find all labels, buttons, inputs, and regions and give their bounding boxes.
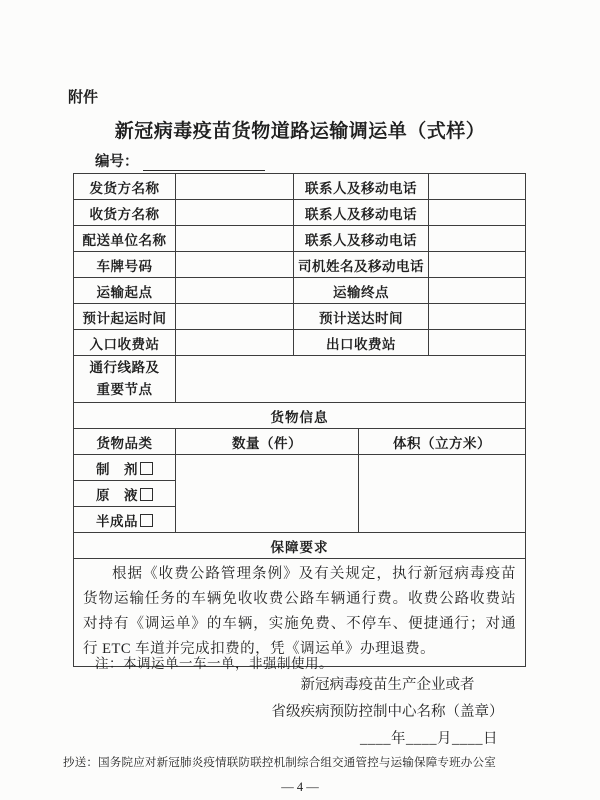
- signature-org-line2: 省级疾病预防控制中心名称（盖章）: [245, 699, 530, 726]
- table-row: 制 剂: [74, 455, 526, 481]
- table-row: 配送单位名称 联系人及移动电话: [74, 226, 526, 252]
- serial-number-input[interactable]: [143, 155, 265, 171]
- departure-time-label: 预计起运时间: [74, 304, 176, 330]
- dispatch-form-table: 发货方名称 联系人及移动电话 收货方名称 联系人及移动电话 配送单位名称 联系人…: [73, 173, 526, 667]
- table-row: 保障要求: [74, 533, 526, 559]
- table-row: 运输起点 运输终点: [74, 278, 526, 304]
- table-row: 根据《收费公路管理条例》及有关规定，执行新冠病毒疫苗货物运输任务的车辆免收收费公…: [74, 559, 526, 667]
- consignee-contact-label: 联系人及移动电话: [294, 200, 429, 226]
- consignee-contact-field[interactable]: [429, 200, 526, 226]
- arrival-time-field[interactable]: [429, 304, 526, 330]
- entry-toll-station-label: 入口收费站: [74, 330, 176, 356]
- volume-column-header: 体积（立方米）: [359, 429, 526, 455]
- quantity-field[interactable]: [176, 455, 359, 533]
- preparation-checkbox-icon[interactable]: [140, 462, 153, 475]
- transport-destination-label: 运输终点: [294, 278, 429, 304]
- shipper-name-field[interactable]: [176, 174, 294, 200]
- delivery-unit-name-label: 配送单位名称: [74, 226, 176, 252]
- serial-number-row: 编号：: [95, 150, 265, 171]
- transport-origin-field[interactable]: [176, 278, 294, 304]
- table-row: 货物信息: [74, 403, 526, 429]
- page-title: 新冠病毒疫苗货物道路运输调运单（式样）: [0, 116, 600, 143]
- plate-number-field[interactable]: [176, 252, 294, 278]
- delivery-unit-contact-field[interactable]: [429, 226, 526, 252]
- guarantee-section-header: 保障要求: [74, 533, 526, 559]
- category-stock-solution-cell: 原 液: [74, 481, 176, 507]
- route-nodes-field[interactable]: [176, 356, 526, 403]
- quantity-column-header: 数量（件）: [176, 429, 359, 455]
- shipper-name-label: 发货方名称: [74, 174, 176, 200]
- table-row: 货物品类 数量（件） 体积（立方米）: [74, 429, 526, 455]
- delivery-unit-name-field[interactable]: [176, 226, 294, 252]
- signature-org-line1: 新冠病毒疫苗生产企业或者: [245, 672, 530, 699]
- exit-toll-station-label: 出口收费站: [294, 330, 429, 356]
- driver-contact-field[interactable]: [429, 252, 526, 278]
- entry-toll-station-field[interactable]: [176, 330, 294, 356]
- cc-line: 抄送：国务院应对新冠肺炎疫情联防联控机制综合组交通管控与运输保障专班办公室: [63, 754, 563, 770]
- category-semi-finished-cell: 半成品: [74, 507, 176, 533]
- route-nodes-label: 通行线路及 重要节点: [74, 356, 176, 403]
- usage-note: 注：本调运单一车一单，非强制使用。: [95, 652, 333, 672]
- semi-finished-checkbox-icon[interactable]: [140, 514, 153, 527]
- document-page: 附件 新冠病毒疫苗货物道路运输调运单（式样） 编号： 发货方名称 联系人及移动电…: [0, 0, 600, 800]
- plate-number-label: 车牌号码: [74, 252, 176, 278]
- shipper-contact-label: 联系人及移动电话: [294, 174, 429, 200]
- table-row: 通行线路及 重要节点: [74, 356, 526, 403]
- consignee-name-field[interactable]: [176, 200, 294, 226]
- exit-toll-station-field[interactable]: [429, 330, 526, 356]
- table-row: 收货方名称 联系人及移动电话: [74, 200, 526, 226]
- page-number: — 4 —: [0, 780, 600, 795]
- transport-destination-field[interactable]: [429, 278, 526, 304]
- driver-contact-label: 司机姓名及移动电话: [294, 252, 429, 278]
- delivery-unit-contact-label: 联系人及移动电话: [294, 226, 429, 252]
- category-preparation-cell: 制 剂: [74, 455, 176, 481]
- table-row: 预计起运时间 预计送达时间: [74, 304, 526, 330]
- consignee-name-label: 收货方名称: [74, 200, 176, 226]
- shipper-contact-field[interactable]: [429, 174, 526, 200]
- cargo-info-section-header: 货物信息: [74, 403, 526, 429]
- arrival-time-label: 预计送达时间: [294, 304, 429, 330]
- signature-date-line: ____年____月____日: [245, 725, 530, 754]
- signature-block: 新冠病毒疫苗生产企业或者 省级疾病预防控制中心名称（盖章） ____年____月…: [245, 672, 530, 754]
- table-row: 入口收费站 出口收费站: [74, 330, 526, 356]
- table-row: 发货方名称 联系人及移动电话: [74, 174, 526, 200]
- cargo-category-column-header: 货物品类: [74, 429, 176, 455]
- guarantee-text: 根据《收费公路管理条例》及有关规定，执行新冠病毒疫苗货物运输任务的车辆免收收费公…: [74, 559, 525, 666]
- serial-number-label: 编号：: [95, 154, 139, 170]
- departure-time-field[interactable]: [176, 304, 294, 330]
- attachment-label: 附件: [68, 86, 98, 107]
- guarantee-text-cell: 根据《收费公路管理条例》及有关规定，执行新冠病毒疫苗货物运输任务的车辆免收收费公…: [74, 559, 526, 667]
- transport-origin-label: 运输起点: [74, 278, 176, 304]
- volume-field[interactable]: [359, 455, 526, 533]
- table-row: 车牌号码 司机姓名及移动电话: [74, 252, 526, 278]
- stock-solution-checkbox-icon[interactable]: [140, 488, 153, 501]
